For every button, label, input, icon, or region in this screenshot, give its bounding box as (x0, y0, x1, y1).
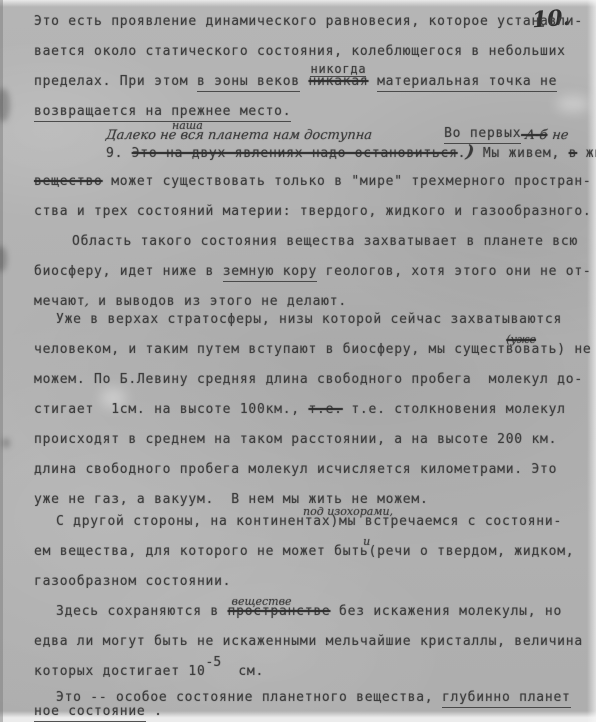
typewritten-text: -5 (206, 655, 222, 671)
para2-line3: ства и трех состояний материи: твердого,… (34, 204, 596, 220)
para4-line6: длина свободного пробега молекул исчисля… (34, 462, 596, 478)
para5-line3: газообразном состоянии. (34, 574, 596, 590)
para3-line1: Область такого состояния вещества захват… (34, 234, 596, 250)
corrected-passage: существовать(уже (454, 342, 557, 358)
para5-line2: ем вещества, для которого не может быть(… (34, 544, 596, 560)
typewritten-text: длина свободного пробега молекул исчисля… (34, 462, 557, 478)
typewritten-text: С другой стороны, на континентах) (56, 514, 339, 530)
para1-line1: Это есть проявление динамического равнов… (34, 14, 596, 30)
para1-line4: возвращается на прежнее место. (34, 104, 596, 120)
para4-line4: стигает 1см. на высоте 100км., т.е. т.е.… (34, 402, 596, 418)
typewritten-text: см. (221, 664, 264, 680)
typewritten-text: вается около статического состояния, кол… (34, 44, 566, 60)
para1-line2: вается около статического состояния, кол… (34, 44, 596, 60)
typewritten-text: и выводов из этого не делают. (90, 294, 347, 310)
typewritten-text: стигает 1см. на высоте 100км., (34, 402, 308, 418)
typewritten-text: в (569, 146, 578, 162)
typewritten-text: 9. (106, 146, 132, 162)
typewritten-text: без искажения молекулы, но (330, 604, 562, 620)
inserted-correction: наша (172, 120, 203, 131)
typewritten-text: можем. По Б.Левину средняя длина свободн… (34, 372, 583, 388)
typewritten-text: Уже в верхах стратосферы, низы которой с… (56, 312, 562, 328)
typewritten-text: которых достигает 10 (34, 664, 206, 680)
typewritten-text: живое (577, 146, 596, 162)
para1-line3: пределах. При этом в эоны веков никакаян… (34, 74, 596, 90)
para4-line2: человеком, и таким путем вступают в биос… (34, 342, 596, 358)
typewritten-text: возвращается на прежнее место. (34, 104, 291, 122)
typewritten-text: геологов, хотя этого они не от- (317, 264, 591, 280)
para2-line2: вещество может существовать только в "ми… (34, 174, 596, 190)
para4-line5: происходят в среднем на таком расстоянии… (34, 432, 596, 448)
inserted-correction: никогда (310, 64, 366, 77)
typewritten-text: может существовать только в "мире" трехм… (103, 174, 592, 190)
inserted-correction: (уже (506, 334, 536, 345)
corrected-passage: пространствевеществе (228, 604, 331, 620)
typewritten-text: ное состояние (34, 704, 146, 722)
para7-line2: ное состояние . (34, 704, 596, 720)
inserted-correction: и (363, 536, 370, 547)
corrected-passage: никакаяникогда (308, 74, 368, 90)
para3-line3: мечают, и выводов из этого не делают. (34, 294, 596, 310)
typewritten-text: . (146, 704, 163, 720)
typewritten-text: Это на двух явлениях надо остановиться (132, 146, 458, 162)
typewritten-text: Здесь сохраняются в (56, 604, 228, 620)
typewritten-text: вещество (34, 174, 103, 190)
handwritten-strikeout: А-б (520, 128, 548, 144)
handwritten-ne: не (547, 128, 569, 144)
typewritten-text: ) не (557, 342, 591, 358)
handwritten-margin-row: Далеко не вся планета нам доступнанашаВо… (34, 128, 596, 144)
typewritten-text: Это есть проявление динамического равнов… (34, 14, 583, 30)
scanned-typewritten-page: 10. Это есть проявление динамического ра… (0, 0, 596, 722)
typewritten-text: газообразном состоянии. (34, 574, 231, 590)
typewritten-text: материальная точка не (377, 74, 557, 92)
document-body: Это есть проявление динамического равнов… (0, 0, 596, 722)
typewritten-text: в эоны веков (197, 74, 300, 92)
typewritten-text (369, 74, 378, 90)
typewritten-text: человеком, и таким путем вступают в биос… (34, 342, 454, 358)
inserted-correction: веществе (232, 596, 292, 607)
typewritten-text: мечают (34, 294, 85, 310)
corrected-passage: мы встречаемся с состояни-под изохорами, (339, 514, 562, 530)
corrected-passage: Далеко не вся планета нам доступнанаша (106, 128, 372, 144)
para6-line2: едва ли могут быть не искаженными мельча… (34, 634, 596, 650)
typewritten-text: ства и трех состояний материи: твердого,… (34, 204, 591, 220)
inserted-correction: под изохорами, (303, 506, 393, 517)
typewritten-text: Область такого состояния вещества захват… (72, 234, 578, 250)
typewritten-text: происходят в среднем на таком расстоянии… (34, 432, 557, 448)
para6-line3: которых достигает 10-5 см. (34, 664, 596, 680)
typewritten-text: пределах. При этом (34, 74, 197, 90)
para3-line2: биосферу, идет ниже в земную кору геолог… (34, 264, 596, 280)
handwritten-note: Далеко не вся планета нам доступна (105, 128, 373, 144)
typewritten-text: Мы живем, (474, 146, 568, 162)
typewritten-text: биосферу, идет ниже в (34, 264, 223, 280)
para2-line1: 9. Это на двух явлениях надо остановитьс… (34, 144, 596, 160)
typed-insert-vo-pervykh: Во первых (444, 126, 521, 144)
para5-line1: С другой стороны, на континентах)мы встр… (34, 514, 596, 530)
para4-line1: Уже в верхах стратосферы, низы которой с… (34, 312, 596, 328)
typewritten-text: т.е. столкновения молекул (343, 402, 566, 418)
para4-line3: можем. По Б.Левину средняя длина свободн… (34, 372, 596, 388)
typewritten-text: речи о твердом, жидком, (377, 544, 574, 560)
corrected-passage: речи о твердом, жидком,и (377, 544, 574, 560)
typewritten-text: едва ли могут быть не искаженными мельча… (34, 634, 583, 650)
typewritten-text: ем вещества, для которого не может быть( (34, 544, 377, 560)
typewritten-text: т.е. (308, 402, 342, 418)
para6-line1: Здесь сохраняются в пространствевеществе… (34, 604, 596, 620)
typewritten-text: земную кору (223, 264, 317, 282)
